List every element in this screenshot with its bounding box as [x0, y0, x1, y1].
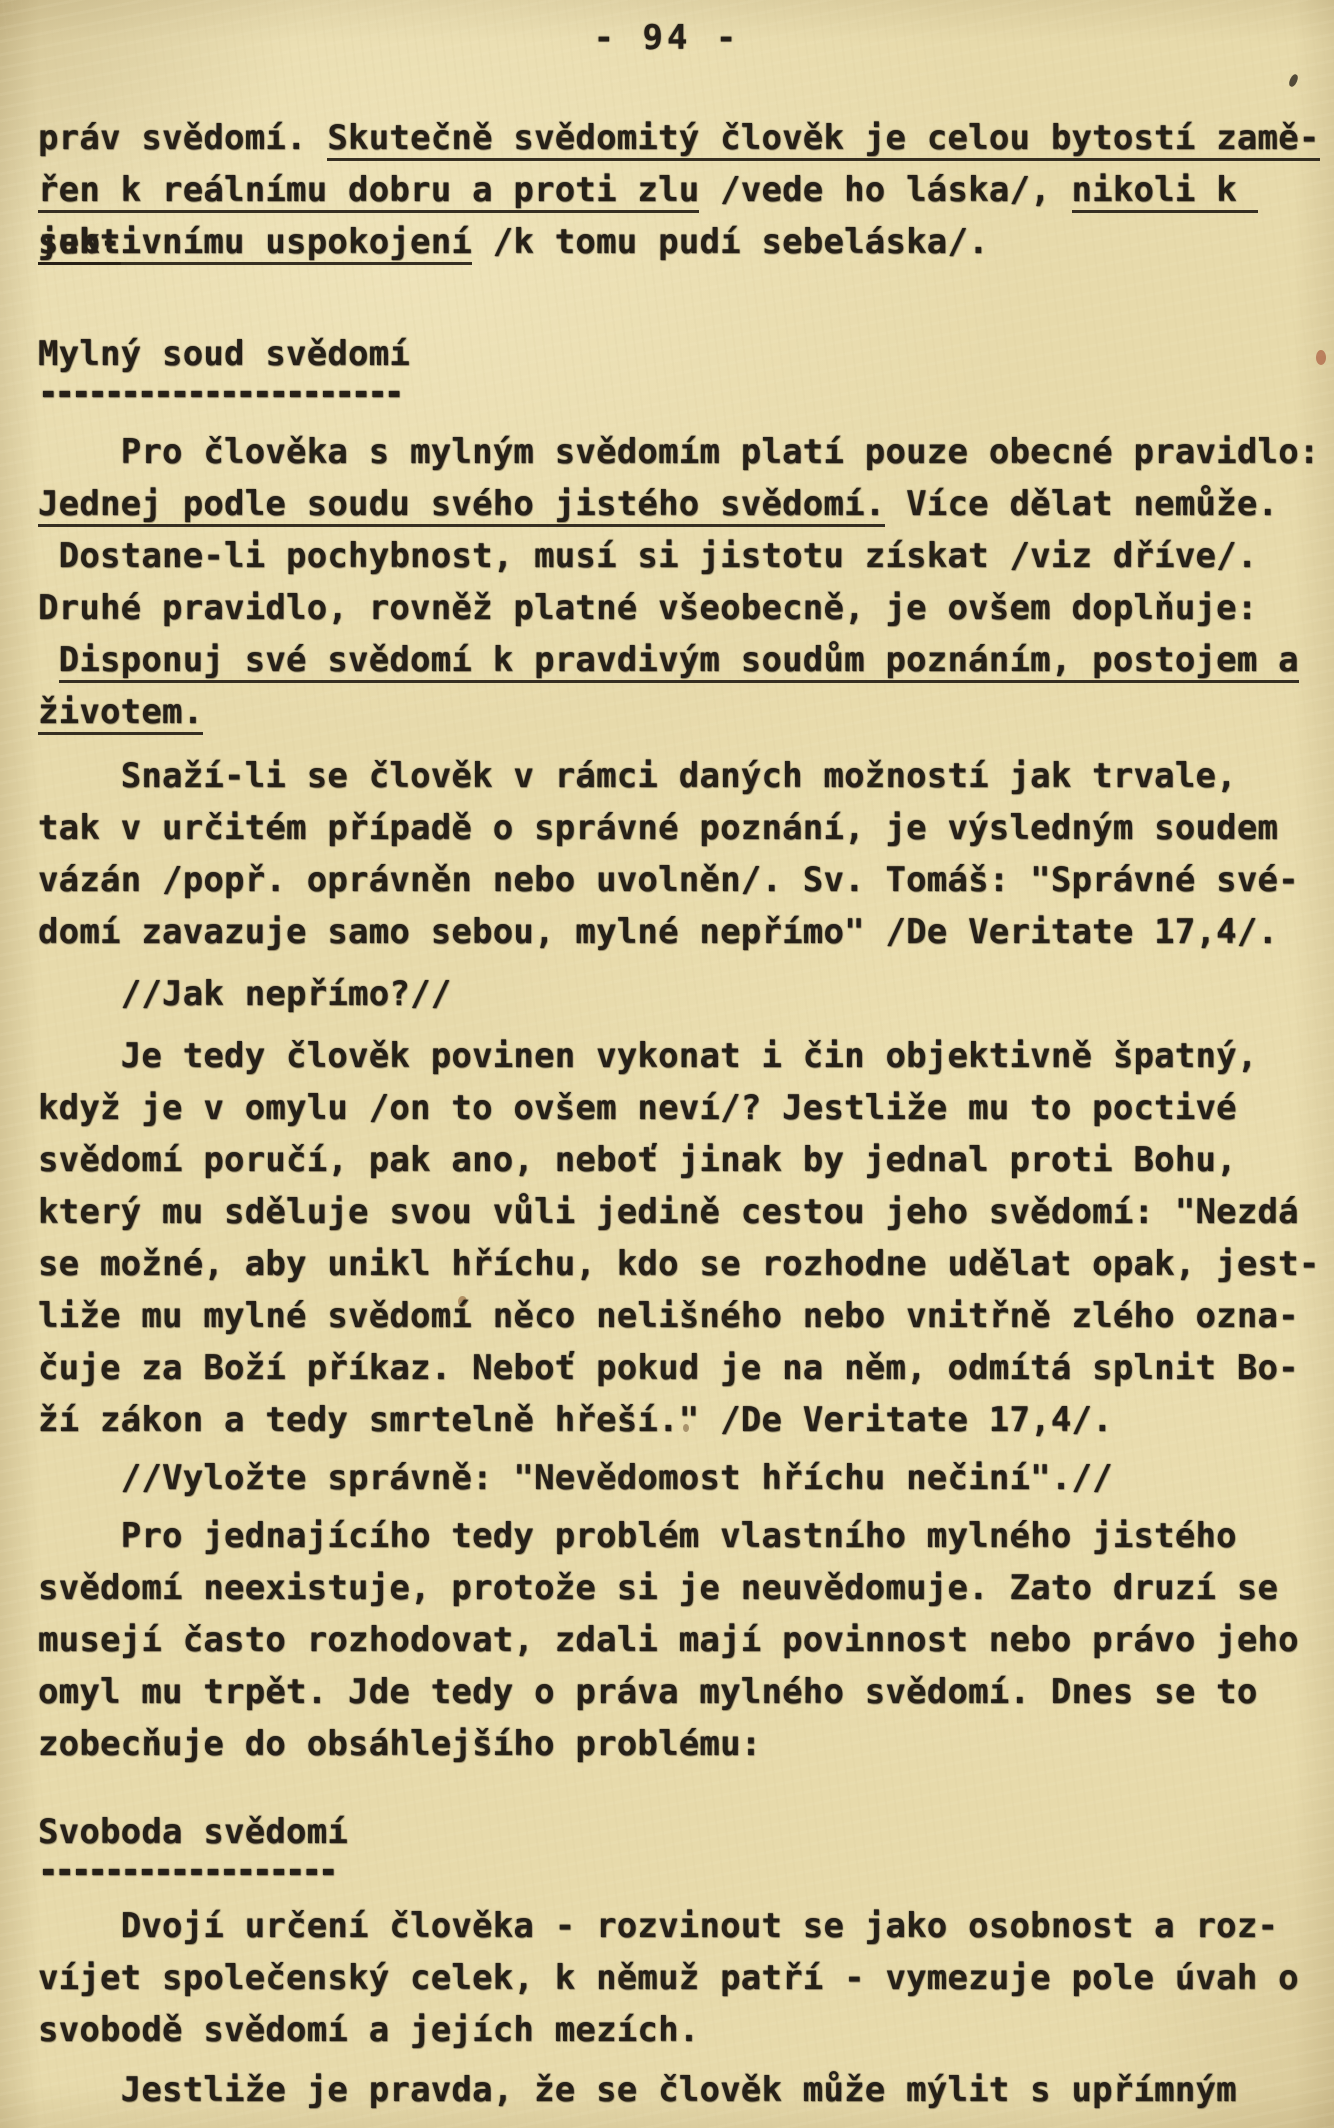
text-line: který mu sděluje svou vůli jedině cestou… [38, 1186, 1326, 1238]
text-line: //Jak nepřímo?// [38, 968, 1326, 1020]
paragraph: Jestliže je pravda, že se člověk může mý… [38, 2064, 1326, 2116]
text-line: Dostane-li pochybnost, musí si jistotu z… [38, 530, 1326, 582]
text-line: když je v omylu /on to ovšem neví/? Jest… [38, 1082, 1326, 1134]
text-segment: který mu sděluje svou vůli jedině cestou… [38, 1192, 1299, 1232]
paragraph: Pro člověka s mylným svědomím platí pouz… [38, 426, 1326, 738]
text-segment [38, 640, 59, 680]
text-line: řen k reálnímu dobru a proti zlu /vede h… [38, 164, 1326, 216]
underlined-text: životem. [38, 692, 203, 735]
document-content: práv svědomí. Skutečně svědomitý člověk … [0, 112, 1334, 2116]
text-line: svobodě svědomí a jejích mezích. [38, 2004, 1326, 2056]
text-segment: Jestliže je pravda, že se člověk může mý… [38, 2070, 1237, 2110]
text-segment: vázán /popř. oprávněn nebo uvolněn/. Sv.… [38, 860, 1299, 900]
text-segment: Druhé pravidlo, rovněž platné všeobecně,… [38, 588, 1258, 628]
text-line: víjet společenský celek, k němuž patří -… [38, 1952, 1326, 2004]
text-line: čuje za Boží příkaz. Neboť pokud je na n… [38, 1342, 1326, 1394]
text-segment: omyl mu trpět. Jde tedy o práva mylného … [38, 1672, 1258, 1712]
text-segment: víjet společenský celek, k němuž patří -… [38, 1958, 1299, 1998]
text-segment: Dostane-li pochybnost, musí si jistotu z… [38, 536, 1258, 576]
text-segment: /vede ho láska/, [699, 170, 1071, 210]
text-segment: ží zákon a tedy smrtelně hřeší." /De Ver… [38, 1400, 1113, 1440]
paragraph: práv svědomí. Skutečně svědomitý člověk … [38, 112, 1326, 268]
ink-blot [1288, 73, 1300, 88]
underlined-text: Disponuj své svědomí k pravdivým soudům … [59, 640, 1299, 683]
text-segment: Dvojí určení člověka - rozvinout se jako… [38, 1906, 1278, 1946]
underlined-text: Skutečně svědomitý člověk je celou bytos… [327, 118, 1319, 161]
scanned-typewritten-page: { "colors": { "paper": "#e7daab", "ink":… [0, 0, 1334, 2128]
text-segment: svědomí neexistuje, protože si je neuvěd… [38, 1568, 1278, 1608]
text-segment: Pro jednajícího tedy problém vlastního m… [38, 1516, 1237, 1556]
underlined-text: Jednej podle soudu svého jistého svědomí… [38, 484, 885, 527]
text-line: Pro jednajícího tedy problém vlastního m… [38, 1510, 1326, 1562]
text-segment: liže mu mylné svědomí něco nelišného neb… [38, 1296, 1299, 1336]
text-line: Pro člověka s mylným svědomím platí pouz… [38, 426, 1326, 478]
text-segment: tak v určitém případě o správné poznání,… [38, 808, 1278, 848]
section-heading-block: Svoboda svědomí------------------ [38, 1806, 1326, 1886]
text-segment: svědomí poručí, pak ano, neboť jinak by … [38, 1140, 1237, 1180]
text-segment: musejí často rozhodovat, zdali mají povi… [38, 1620, 1299, 1660]
text-line: tak v určitém případě o správné poznání,… [38, 802, 1326, 854]
text-line: domí zavazuje samo sebou, mylné nepřímo"… [38, 906, 1326, 958]
underlined-text: řen k reálnímu dobru a proti zlu [38, 170, 699, 213]
text-line: musejí často rozhodovat, zdali mají povi… [38, 1614, 1326, 1666]
text-segment: svobodě svědomí a jejích mezích. [38, 2010, 699, 2050]
text-segment: //Jak nepřímo?// [38, 974, 451, 1014]
text-line: jektivnímu uspokojení /k tomu pudí sebel… [38, 216, 1326, 268]
text-segment: zobecňuje do obsáhlejšího problému: [38, 1724, 761, 1764]
text-segment: čuje za Boží příkaz. Neboť pokud je na n… [38, 1348, 1299, 1388]
paragraph: Pro jednajícího tedy problém vlastního m… [38, 1510, 1326, 1770]
text-line: omyl mu trpět. Jde tedy o práva mylného … [38, 1666, 1326, 1718]
text-line: vázán /popř. oprávněn nebo uvolněn/. Sv.… [38, 854, 1326, 906]
text-line: Druhé pravidlo, rovněž platné všeobecně,… [38, 582, 1326, 634]
paragraph: //Jak nepřímo?// [38, 968, 1326, 1020]
paragraph: Snaží-li se člověk v rámci daných možnos… [38, 750, 1326, 958]
paragraph: Dvojí určení člověka - rozvinout se jako… [38, 1900, 1326, 2056]
heading-dash-underline: ------------------ [38, 1852, 1326, 1895]
text-line: svědomí neexistuje, protože si je neuvěd… [38, 1562, 1326, 1614]
text-line: Jednej podle soudu svého jistého svědomí… [38, 478, 1326, 530]
text-line: Je tedy člověk povinen vykonat i čin obj… [38, 1030, 1326, 1082]
text-line: Disponuj své svědomí k pravdivým soudům … [38, 634, 1326, 686]
text-line: práv svědomí. Skutečně svědomitý člověk … [38, 112, 1326, 164]
heading-dash-underline: ---------------------- [38, 374, 1326, 417]
paragraph: Je tedy člověk povinen vykonat i čin obj… [38, 1030, 1326, 1446]
text-segment: Pro člověka s mylným svědomím platí pouz… [38, 432, 1320, 472]
text-segment: se možné, aby unikl hříchu, kdo se rozho… [38, 1244, 1320, 1284]
text-line: //Vyložte správně: "Nevědomost hříchu ne… [38, 1452, 1326, 1504]
text-line: Jestliže je pravda, že se člověk může mý… [38, 2064, 1326, 2116]
text-line: se možné, aby unikl hříchu, kdo se rozho… [38, 1238, 1326, 1290]
page-number: - 94 - [0, 0, 1334, 60]
text-line: Snaží-li se člověk v rámci daných možnos… [38, 750, 1326, 802]
text-segment: když je v omylu /on to ovšem neví/? Jest… [38, 1088, 1237, 1128]
text-line: liže mu mylné svědomí něco nelišného neb… [38, 1290, 1326, 1342]
text-segment: Je tedy člověk povinen vykonat i čin obj… [38, 1036, 1258, 1076]
text-line: svědomí poručí, pak ano, neboť jinak by … [38, 1134, 1326, 1186]
section-heading-block: Mylný soud svědomí---------------------- [38, 328, 1326, 408]
paragraph: //Vyložte správně: "Nevědomost hříchu ne… [38, 1452, 1326, 1504]
text-segment: //Vyložte správně: "Nevědomost hříchu ne… [38, 1458, 1113, 1498]
text-line: životem. [38, 686, 1326, 738]
text-segment: /k tomu pudí sebeláska/. [472, 222, 989, 262]
text-segment: Více dělat nemůže. [885, 484, 1278, 524]
text-line: zobecňuje do obsáhlejšího problému: [38, 1718, 1326, 1770]
text-segment: domí zavazuje samo sebou, mylné nepřímo"… [38, 912, 1278, 952]
underlined-text: jektivnímu uspokojení [38, 222, 472, 265]
text-segment: Snaží-li se člověk v rámci daných možnos… [38, 756, 1237, 796]
text-segment: práv svědomí. [38, 118, 327, 158]
text-line: Dvojí určení člověka - rozvinout se jako… [38, 1900, 1326, 1952]
text-line: ží zákon a tedy smrtelně hřeší." /De Ver… [38, 1394, 1326, 1446]
